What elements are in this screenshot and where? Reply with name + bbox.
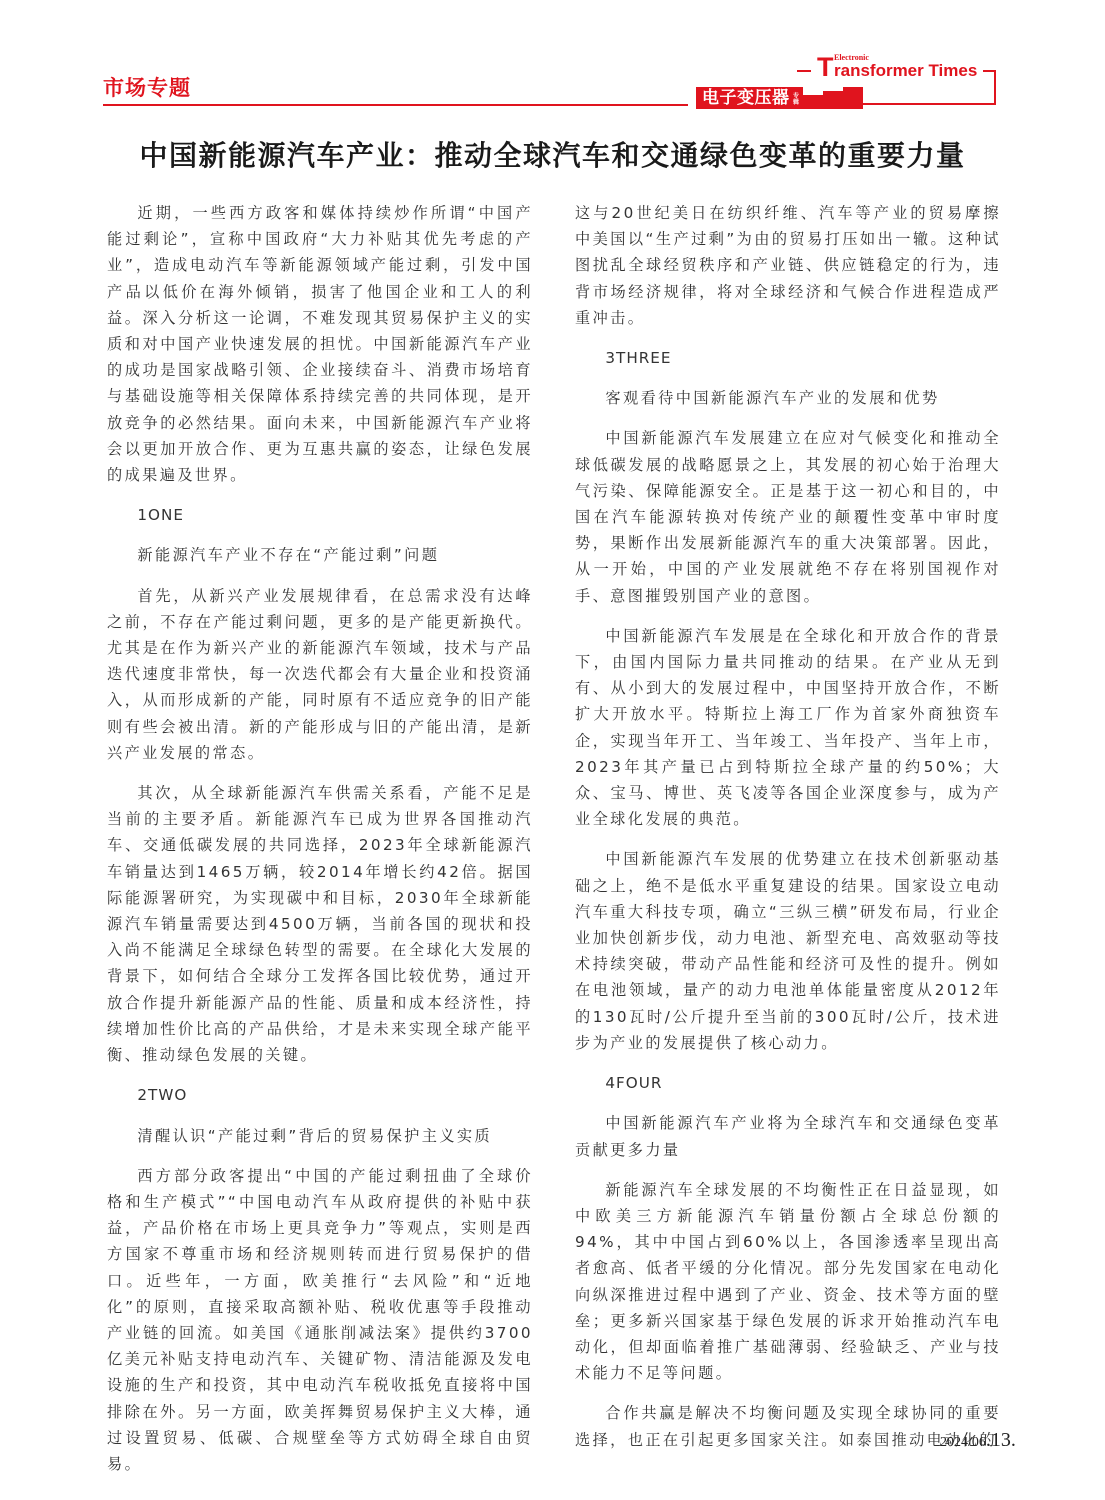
brand-cn-small-label: 专辑	[792, 92, 799, 105]
section-number: 2TWO	[107, 1082, 533, 1108]
paragraph: 新能源汽车全球发展的不均衡性正在日益显现，如中欧美三方新能源汽车销量份额占全球总…	[575, 1177, 1001, 1387]
brand-en-initial: T	[817, 54, 834, 81]
brand-en-rest: ransformer Times	[834, 61, 977, 80]
header-dash-right	[983, 70, 996, 72]
paragraph: 首先，从新兴产业发展规律看，在总需求没有达峰之前，不存在产能过剩问题，更多的是产…	[107, 583, 533, 766]
paragraph-continued: 这与20世纪美日在纺织纤维、汽车等产业的贸易摩擦中美国以“生产过剩”为由的贸易打…	[575, 200, 1001, 331]
article-title: 中国新能源汽车产业：推动全球汽车和交通绿色变革的重要力量	[0, 138, 1105, 174]
section-heading: 新能源汽车产业不存在“产能过剩”问题	[107, 542, 533, 568]
left-column: 近期，一些西方政客和媒体持续炒作所谓“中国产能过剩论”，宣称中国政府“大力补贴其…	[107, 200, 533, 1491]
section-heading: 客观看待中国新能源汽车产业的发展和优势	[575, 385, 1001, 411]
page-number: .13.	[986, 1429, 1016, 1451]
paragraph: 西方部分政客提出“中国的产能过剩扭曲了全球价格和生产模式”“中国电动汽车从政府提…	[107, 1163, 533, 1477]
brand-step-decoration	[803, 87, 863, 109]
issue-date: 2024/06	[940, 1435, 986, 1450]
paragraph: 中国新能源汽车发展的优势建立在技术创新驱动基础之上，绝不是低水平重复建设的结果。…	[575, 846, 1001, 1056]
header-rule-left	[103, 104, 688, 106]
section-number: 1ONE	[107, 502, 533, 528]
brand-cn-box: 电子变压器 专辑	[696, 87, 803, 109]
header-rule-right	[857, 103, 994, 105]
paragraph: 其次，从全球新能源汽车供需关系看，产能不足是当前的主要矛盾。新能源汽车已成为世界…	[107, 780, 533, 1068]
section-number: 3THREE	[575, 345, 1001, 371]
paragraph: 中国新能源汽车发展建立在应对气候变化和推动全球低碳发展的战略愿景之上，其发展的初…	[575, 425, 1001, 608]
header-rule-vertical	[994, 71, 996, 105]
page-footer: 2024/06.13.	[940, 1429, 1016, 1452]
paragraph: 中国新能源汽车发展是在全球化和开放合作的背景下，由国内国际力量共同推动的结果。在…	[575, 623, 1001, 833]
section-heading: 中国新能源汽车产业将为全球汽车和交通绿色变革贡献更多力量	[575, 1110, 1001, 1162]
brand-cn-label: 电子变压器	[702, 87, 790, 109]
paragraph: 合作共赢是解决不均衡问题及实现全球协同的重要选择，也正在引起更多国家关注。如泰国…	[575, 1400, 1001, 1452]
right-column: 这与20世纪美日在纺织纤维、汽车等产业的贸易摩擦中美国以“生产过剩”为由的贸易打…	[575, 200, 1001, 1467]
section-tag: 市场专题	[103, 76, 191, 100]
header-dash-left	[797, 70, 811, 72]
paragraph: 近期，一些西方政客和媒体持续炒作所谓“中国产能过剩论”，宣称中国政府“大力补贴其…	[107, 200, 533, 488]
section-number: 4FOUR	[575, 1070, 1001, 1096]
magazine-brand-cn: 电子变压器 专辑	[696, 87, 863, 109]
section-heading: 清醒认识“产能过剩”背后的贸易保护主义实质	[107, 1123, 533, 1149]
